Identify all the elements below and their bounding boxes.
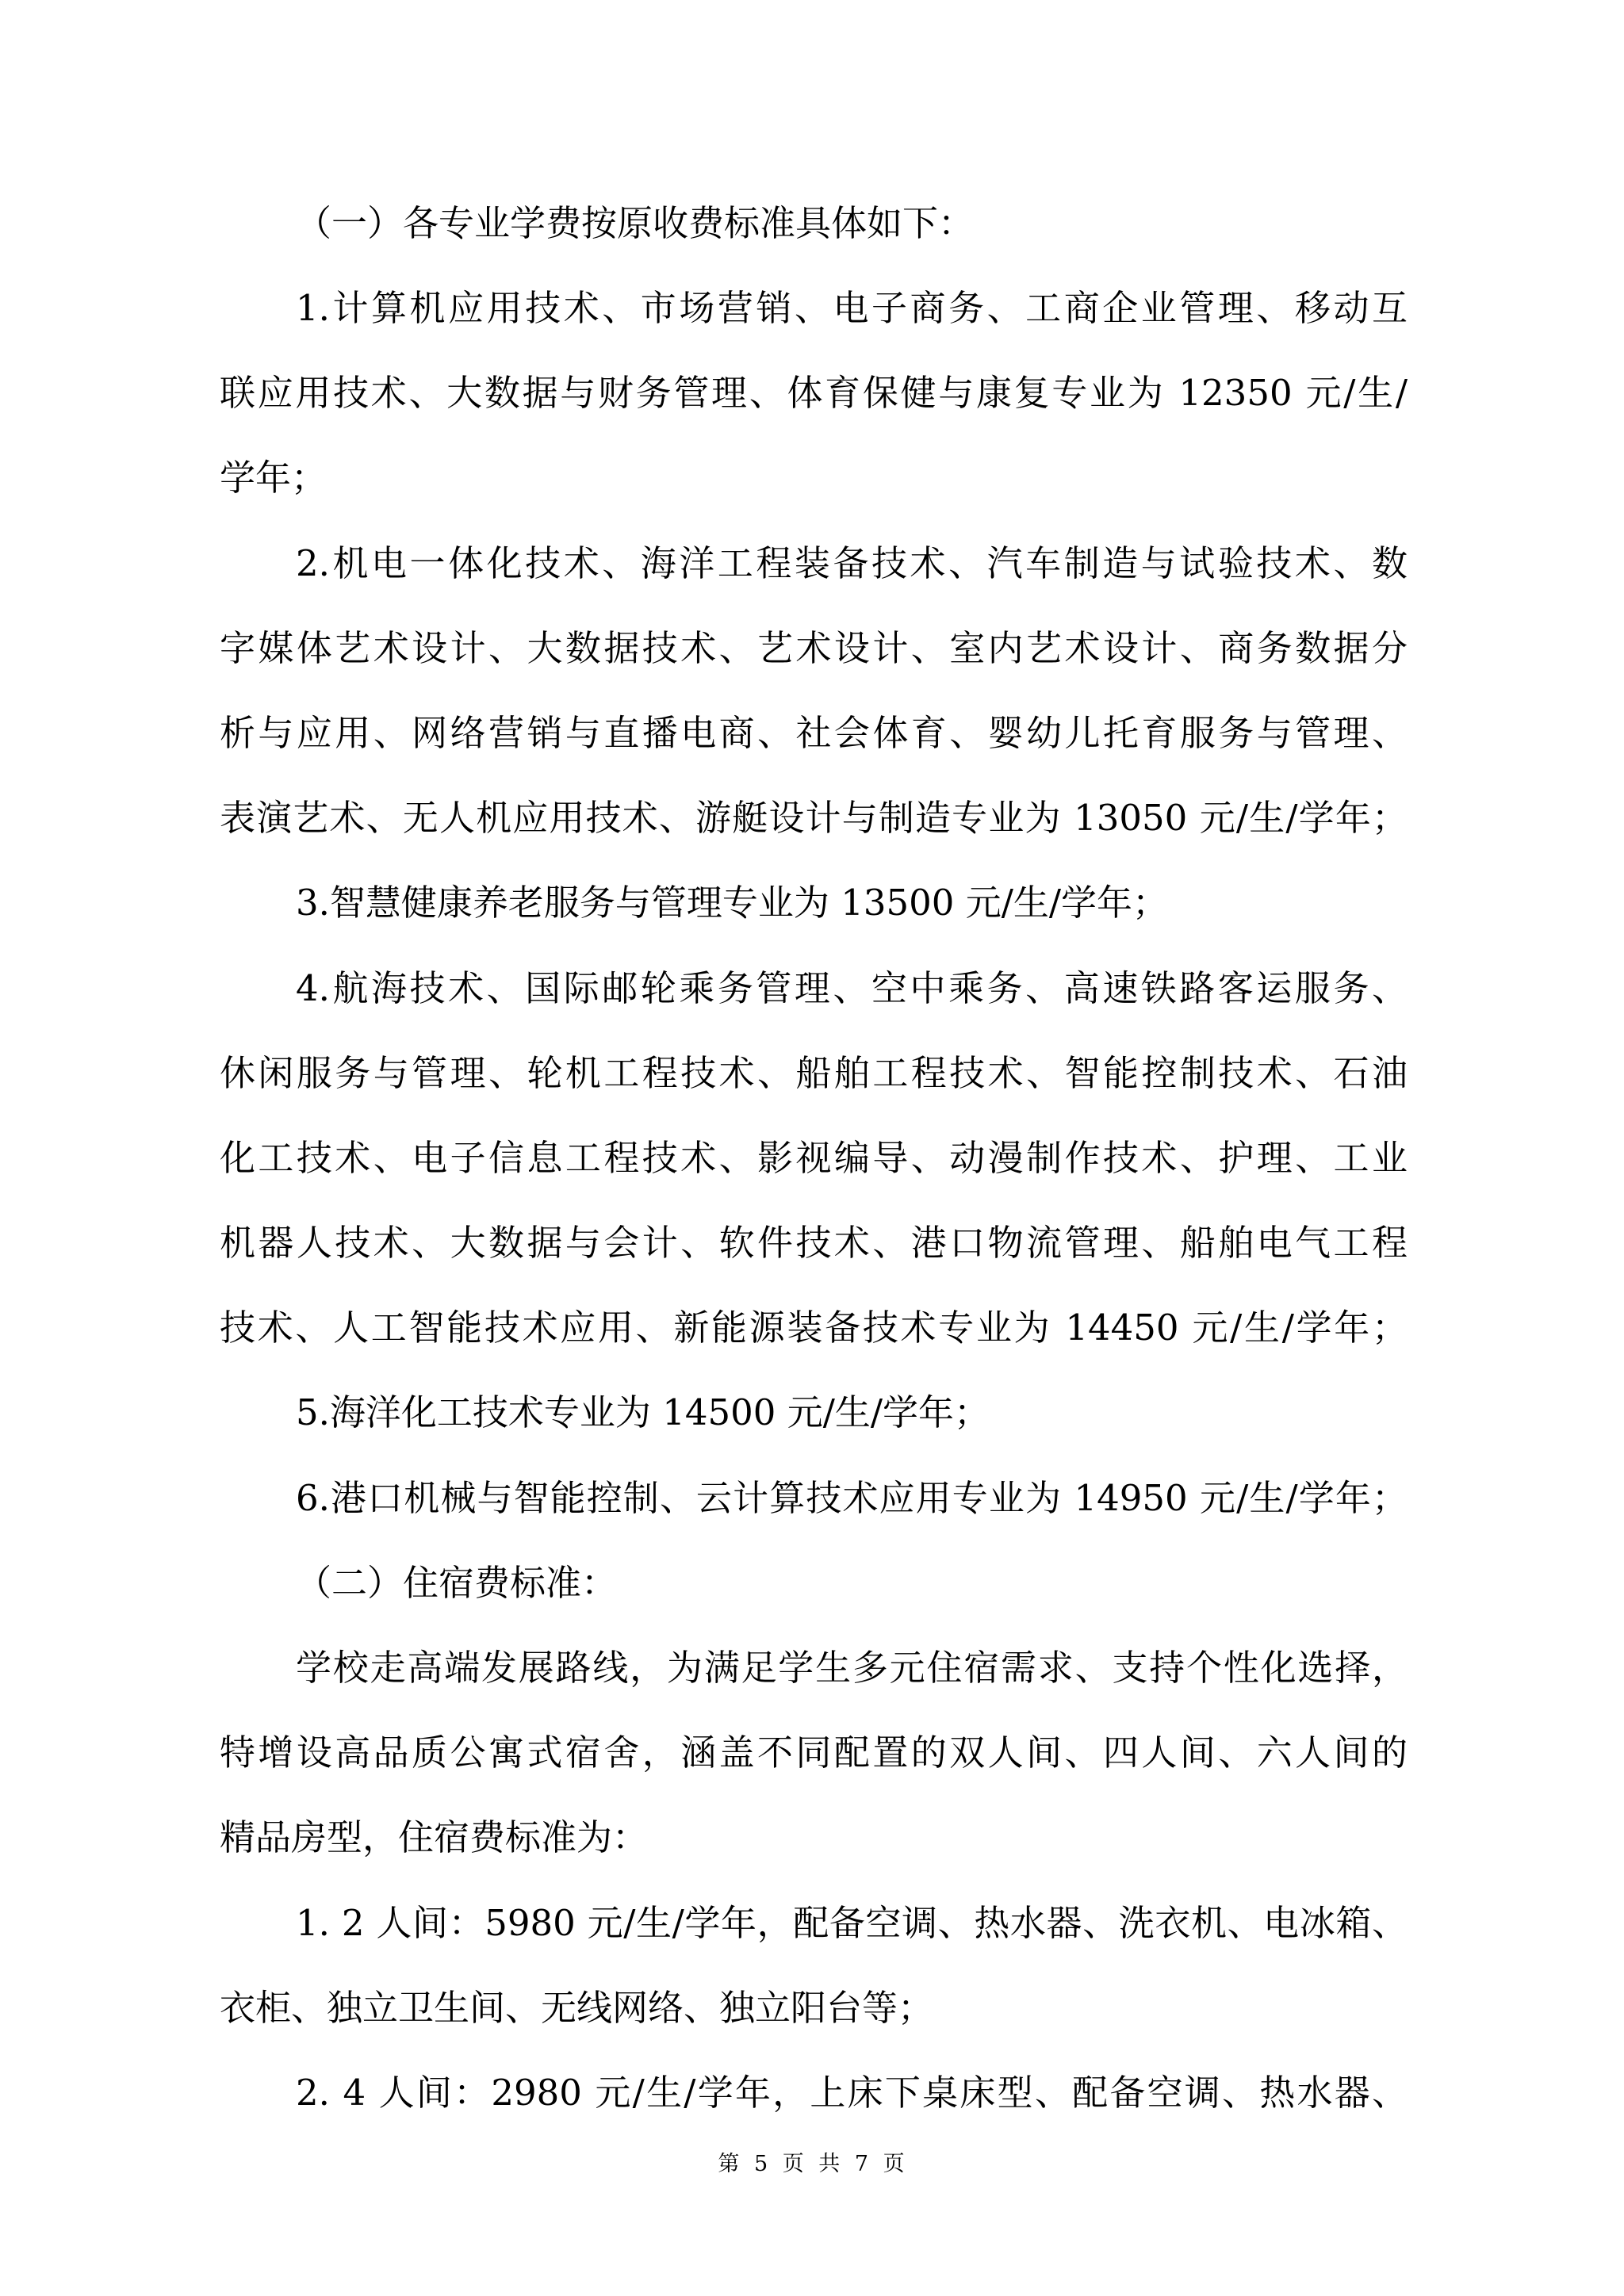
tuition-item-2-line-3: 析与应用、网络营销与直播电商、社会体育、婴幼儿托育服务与管理、 [220, 691, 1408, 775]
tuition-item-4-line-2: 休闲服务与管理、轮机工程技术、船舶工程技术、智能控制技术、石油 [220, 1031, 1408, 1115]
tuition-item-5-line-1: 5.海洋化工技术专业为 14500 元/生/学年； [296, 1370, 1408, 1455]
tuition-item-1-line-2: 联应用技术、大数据与财务管理、体育保健与康复专业为 12350 元/生/ [220, 350, 1408, 435]
page-number-footer: 第 5 页 共 7 页 [0, 2149, 1624, 2180]
tuition-item-4-line-1: 4.航海技术、国际邮轮乘务管理、空中乘务、高速铁路客运服务、 [296, 946, 1408, 1031]
housing-item-1-line-1: 1. 2 人间：5980 元/生/学年，配备空调、热水器、洗衣机、电冰箱、 [296, 1881, 1408, 1965]
tuition-item-3-line-1: 3.智慧健康养老服务与管理专业为 13500 元/生/学年； [296, 860, 1408, 945]
tuition-item-4-line-5: 技术、人工智能技术应用、新能源装备技术专业为 14450 元/生/学年； [220, 1285, 1408, 1370]
tuition-item-4-line-4: 机器人技术、大数据与会计、软件技术、港口物流管理、船舶电气工程 [220, 1200, 1408, 1285]
housing-item-2-line-1: 2. 4 人间：2980 元/生/学年，上床下桌床型、配备空调、热水器、 [296, 2050, 1408, 2135]
section-heading-tuition: （一）各专业学费按原收费标准具体如下： [296, 181, 1408, 266]
tuition-item-6-line-1: 6.港口机械与智能控制、云计算技术应用专业为 14950 元/生/学年； [296, 1456, 1408, 1540]
tuition-item-1-line-3: 学年； [220, 435, 1408, 520]
housing-intro-line-3: 精品房型，住宿费标准为： [220, 1795, 1408, 1880]
section-heading-housing: （二）住宿费标准： [296, 1540, 1408, 1625]
document-page: （一）各专业学费按原收费标准具体如下： 1.计算机应用技术、市场营销、电子商务、… [0, 0, 1624, 2296]
housing-intro-line-2: 特增设高品质公寓式宿舍，涵盖不同配置的双人间、四人间、六人间的 [220, 1710, 1408, 1795]
tuition-item-2-line-1: 2.机电一体化技术、海洋工程装备技术、汽车制造与试验技术、数 [296, 521, 1408, 606]
tuition-item-4-line-3: 化工技术、电子信息工程技术、影视编导、动漫制作技术、护理、工业 [220, 1115, 1408, 1200]
tuition-item-2-line-2: 字媒体艺术设计、大数据技术、艺术设计、室内艺术设计、商务数据分 [220, 606, 1408, 691]
tuition-item-1-line-1: 1.计算机应用技术、市场营销、电子商务、工商企业管理、移动互 [296, 266, 1408, 350]
tuition-item-2-line-4: 表演艺术、无人机应用技术、游艇设计与制造专业为 13050 元/生/学年； [220, 775, 1408, 860]
housing-item-1-line-2: 衣柜、独立卫生间、无线网络、独立阳台等； [220, 1965, 1408, 2050]
housing-intro-line-1: 学校走高端发展路线，为满足学生多元住宿需求、支持个性化选择， [296, 1625, 1408, 1710]
